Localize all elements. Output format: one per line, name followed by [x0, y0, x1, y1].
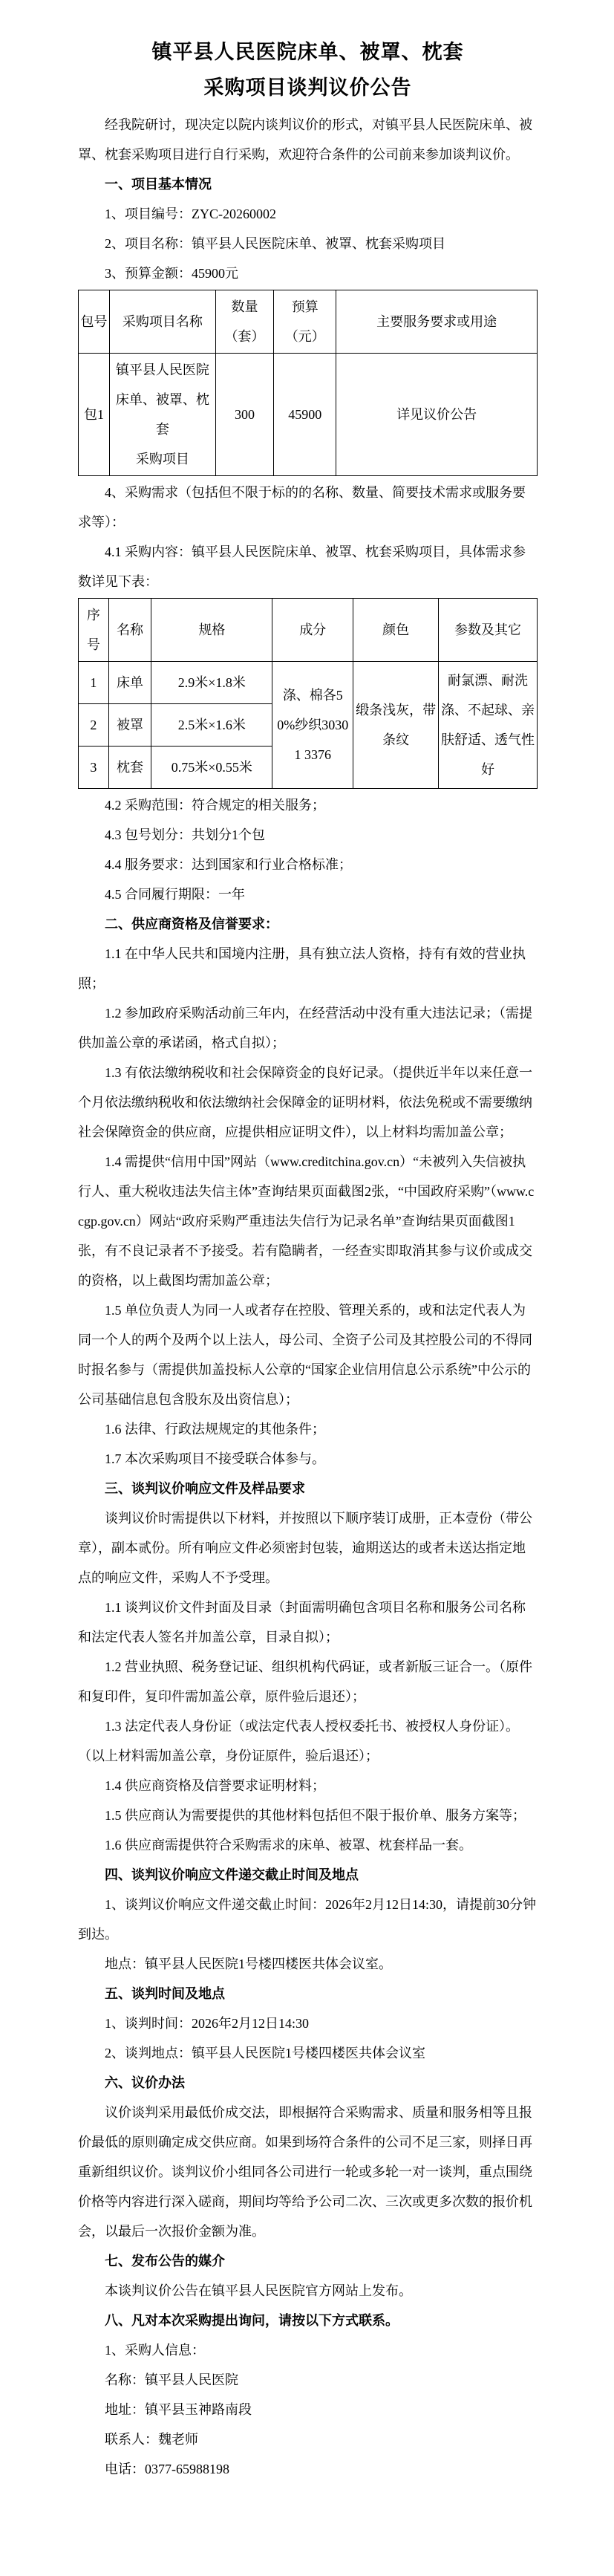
response-doc-intro: 谈判议价时需提供以下材料，并按照以下顺序装订成册，正本壹份（带公章），副本贰份。…	[78, 1503, 538, 1593]
cell-params: 耐氯漂、耐洗涤、不起球、亲肤舒适、透气性好	[439, 662, 538, 789]
package-table-header-row: 包号 采购项目名称 数量 （套） 预算 （元） 主要服务要求或用途	[79, 290, 538, 354]
cell-seq-no: 1	[79, 662, 109, 704]
item-4-5-contract-term: 4.5 合同履行期限：一年	[78, 879, 538, 909]
response-doc-1-3: 1.3 法定代表人身份证（或法定代表人授权委托书、被授权人身份证）。（以上材料需…	[78, 1711, 538, 1771]
cell-project-name: 镇平县人民医院 床单、被罩、枕套 采购项目	[110, 354, 216, 476]
cell-item-name: 被罩	[108, 704, 151, 747]
header-quantity: 数量 （套）	[215, 290, 273, 354]
header-spec: 规格	[151, 599, 272, 662]
response-doc-1-4: 1.4 供应商资格及信誉要求证明材料；	[78, 1771, 538, 1801]
response-doc-1-2: 1.2 营业执照、税务登记证、组织机构代码证，或者新版三证合一。（原件和复印件，…	[78, 1652, 538, 1711]
page-title: 镇平县人民医院床单、被罩、枕套 采购项目谈判议价公告	[78, 34, 538, 105]
item-4-4-service-requirement: 4.4 服务要求：达到国家和行业合格标准；	[78, 850, 538, 879]
header-params: 参数及其它	[439, 599, 538, 662]
header-item-name: 名称	[108, 599, 151, 662]
item-4-2-scope: 4.2 采购范围：符合规定的相关服务；	[78, 790, 538, 820]
title-line-2: 采购项目谈判议价公告	[78, 70, 538, 105]
response-doc-1-5: 1.5 供应商认为需要提供的其他材料包括但不限于报价单、服务方案等；	[78, 1801, 538, 1830]
deadline-place: 地点：镇平县人民医院1号楼四楼医共体会议室。	[78, 1949, 538, 1979]
title-line-1: 镇平县人民医院床单、被罩、枕套	[78, 34, 538, 70]
item-project-name: 2、项目名称：镇平县人民医院床单、被罩、枕套采购项目	[78, 229, 538, 258]
item-4-1-content: 4.1 采购内容：镇平县人民医院床单、被罩、枕套采购项目，具体需求参数详见下表：	[78, 537, 538, 596]
header-service-usage: 主要服务要求或用途	[336, 290, 538, 354]
publish-medium-paragraph: 本谈判议价公告在镇平县人民医院官方网站上发布。	[78, 2276, 538, 2306]
qualification-1-1: 1.1 在中华人民共和国境内注册，具有独立法人资格，持有有效的营业执照；	[78, 939, 538, 998]
section-2-heading: 二、供应商资格及信誉要求：	[78, 909, 538, 939]
section-8-heading: 八、凡对本次采购提出询问，请按以下方式联系。	[78, 2306, 538, 2335]
negotiation-time: 1、谈判时间：2026年2月12日14:30	[78, 2009, 538, 2038]
item-project-number: 1、项目编号：ZYC-20260002	[78, 199, 538, 229]
section-7-heading: 七、发布公告的媒介	[78, 2246, 538, 2276]
cell-budget: 45900	[274, 354, 336, 476]
header-project-name: 采购项目名称	[110, 290, 216, 354]
qualification-1-6: 1.6 法律、行政法规规定的其他条件；	[78, 1414, 538, 1444]
deadline-time: 1、谈判议价响应文件递交截止时间：2026年2月12日14:30，请提前30分钟…	[78, 1890, 538, 1949]
procurement-announcement-document: 镇平县人民医院床单、被罩、枕套 采购项目谈判议价公告 经我院研讨，现决定以院内谈…	[0, 0, 614, 2576]
cell-package-no: 包1	[79, 354, 110, 476]
cell-color: 缎条浅灰，带条纹	[353, 662, 439, 789]
cell-item-name: 枕套	[108, 747, 151, 789]
response-doc-1-1: 1.1 谈判议价文件封面及目录（封面需明确包含项目名称和服务公司名称和法定代表人…	[78, 1593, 538, 1652]
header-seq-no: 序 号	[79, 599, 109, 662]
qualification-1-2: 1.2 参加政府采购活动前三年内，在经营活动中没有重大违法记录；（需提供加盖公章…	[78, 998, 538, 1058]
qualification-1-3: 1.3 有依法缴纳税收和社会保障资金的良好记录。（提供近半年以来任意一个月依法缴…	[78, 1058, 538, 1147]
header-package-no: 包号	[79, 290, 110, 354]
cell-spec: 2.5米×1.6米	[151, 704, 272, 747]
intro-paragraph: 经我院研讨，现决定以院内谈判议价的形式，对镇平县人民医院床单、被罩、枕套采购项目…	[78, 110, 538, 169]
qualification-1-5: 1.5 单位负责人为同一人或者存在控股、管理关系的，或和法定代表人为同一个人的两…	[78, 1295, 538, 1414]
pricing-method-paragraph: 议价谈判采用最低价成交法，即根据符合采购需求、质量和服务相等且报价最低的原则确定…	[78, 2098, 538, 2246]
package-summary-table: 包号 采购项目名称 数量 （套） 预算 （元） 主要服务要求或用途 包1 镇平县…	[78, 290, 538, 476]
header-composition: 成分	[272, 599, 353, 662]
cell-spec: 2.9米×1.8米	[151, 662, 272, 704]
purchaser-name: 名称：镇平县人民医院	[78, 2365, 538, 2395]
spec-table-header-row: 序 号 名称 规格 成分 颜色 参数及其它	[79, 599, 538, 662]
section-3-heading: 三、谈判议价响应文件及样品要求	[78, 1474, 538, 1503]
qualification-1-4: 1.4 需提供“信用中国”网站（www.creditchina.gov.cn）“…	[78, 1147, 538, 1295]
header-color: 颜色	[353, 599, 439, 662]
spec-table-row-1: 1 床单 2.9米×1.8米 涤、棉各50%纱织30301 3376 缎条浅灰，…	[79, 662, 538, 704]
cell-spec: 0.75米×0.55米	[151, 747, 272, 789]
purchaser-contact: 联系人：魏老师	[78, 2424, 538, 2454]
purchaser-info-label: 1、采购人信息：	[78, 2335, 538, 2365]
section-4-heading: 四、谈判议价响应文件递交截止时间及地点	[78, 1860, 538, 1890]
qualification-1-7: 1.7 本次采购项目不接受联合体参与。	[78, 1444, 538, 1474]
negotiation-place: 2、谈判地点：镇平县人民医院1号楼四楼医共体会议室	[78, 2038, 538, 2068]
cell-quantity: 300	[215, 354, 273, 476]
cell-service-usage: 详见议价公告	[336, 354, 538, 476]
cell-composition: 涤、棉各50%纱织30301 3376	[272, 662, 353, 789]
section-1-heading: 一、项目基本情况	[78, 169, 538, 199]
cell-seq-no: 2	[79, 704, 109, 747]
item-procurement-demand: 4、采购需求（包括但不限于标的的名称、数量、简要技术需求或服务要求等）：	[78, 478, 538, 537]
purchaser-address: 地址：镇平县玉神路南段	[78, 2395, 538, 2424]
item-4-3-packages: 4.3 包号划分：共划分1个包	[78, 820, 538, 850]
purchaser-phone: 电话：0377-65988198	[78, 2454, 538, 2484]
section-5-heading: 五、谈判时间及地点	[78, 1979, 538, 2009]
cell-item-name: 床单	[108, 662, 151, 704]
response-doc-1-6: 1.6 供应商需提供符合采购需求的床单、被罩、枕套样品一套。	[78, 1830, 538, 1860]
cell-seq-no: 3	[79, 747, 109, 789]
header-budget: 预算 （元）	[274, 290, 336, 354]
item-budget-amount: 3、预算金额：45900元	[78, 258, 538, 288]
specification-table: 序 号 名称 规格 成分 颜色 参数及其它 1 床单 2.9米×1.8米 涤、棉…	[78, 598, 538, 789]
section-6-heading: 六、议价办法	[78, 2068, 538, 2098]
package-table-row: 包1 镇平县人民医院 床单、被罩、枕套 采购项目 300 45900 详见议价公…	[79, 354, 538, 476]
